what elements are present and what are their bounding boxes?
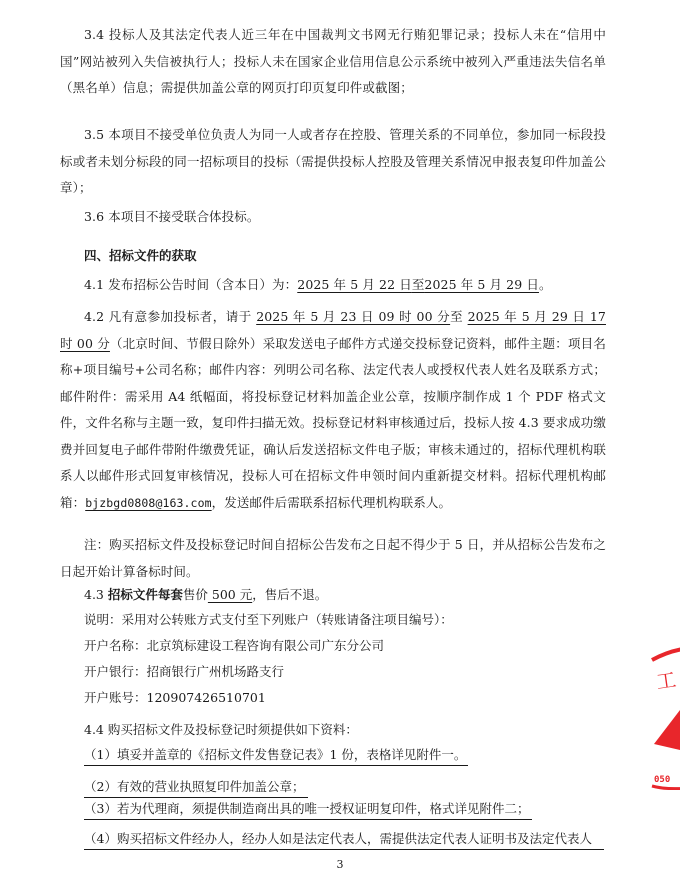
company-seal-stamp: 工 050	[650, 640, 680, 790]
announcement-end-date: 2025 年 5 月 29 日	[424, 277, 539, 292]
account-name-label: 开户名称：	[84, 638, 147, 653]
clause-4-2-prefix: 4.2 凡有意参加投标者，请于	[84, 309, 256, 324]
date-range-separator: 至	[412, 277, 425, 292]
clause-4-3-suffix: ，售后不退。	[252, 587, 327, 602]
clause-4-1-suffix: 。	[539, 277, 552, 292]
announcement-start-date: 2025 年 5 月 22 日	[297, 277, 412, 292]
price-label: 售价	[183, 587, 208, 602]
clause-4-2: 4.2 凡有意参加投标者，请于 2025 年 5 月 23 日 09 时 00 …	[60, 304, 606, 516]
section-4-heading: 四、招标文件的获取	[84, 246, 197, 264]
bank-row: 开户银行：招商银行广州机场路支行	[84, 663, 284, 681]
page-number: 3	[0, 858, 680, 871]
required-doc-1: （1）填妥并盖章的《招标文件发售登记表》1 份，表格详见附件一。	[84, 746, 468, 766]
purchase-note: 注：购买招标文件及投标登记时间自招标公告发布之日起不得少于 5 日，并从招标公告…	[60, 532, 606, 585]
bank-value: 招商银行广州机场路支行	[147, 664, 285, 679]
account-number-label: 开户账号：	[84, 690, 147, 705]
document-page: 3.4 投标人及其法定代表人近三年在中国裁判文书网无行贿犯罪记录；投标人未在“信…	[0, 0, 680, 873]
required-doc-2: （2）有效的营业执照复印件加盖公章；	[84, 778, 308, 798]
clause-4-3-prefix: 4.3	[84, 587, 108, 602]
clause-4-2-body: （北京时间、节假日除外）采取发送电子邮件方式递交投标登记资料，邮件主题：项目名称…	[60, 336, 606, 510]
clause-4-1: 4.1 发布招标公告时间（含本日）为：2025 年 5 月 22 日至2025 …	[60, 272, 606, 299]
clause-4-3-bold: 招标文件每套	[108, 587, 183, 602]
clause-3-6: 3.6 本项目不接受联合体投标。	[60, 204, 606, 231]
document-price: 500 元	[208, 587, 252, 602]
agency-email-link[interactable]: bjzbgd0808@163.com	[85, 496, 211, 510]
clause-4-4-intro: 4.4 购买招标文件及投标登记时须提供如下资料：	[84, 721, 358, 739]
required-doc-3: （3）若为代理商，须提供制造商出具的唯一授权证明复印件，格式详见附件二；	[84, 800, 532, 820]
svg-text:050: 050	[654, 775, 670, 785]
account-number-row: 开户账号：120907426510701	[84, 689, 266, 707]
clause-4-3: 4.3 招标文件每套售价 500 元，售后不退。	[84, 586, 327, 604]
clause-4-2-tail: ，发送邮件后需联系招标代理机构联系人。	[212, 495, 451, 510]
required-doc-4: （4）购买招标文件经办人，经办人如是法定代表人，需提供法定代表人证明书及法定代表…	[84, 830, 604, 850]
account-name-row: 开户名称：北京筑标建设工程咨询有限公司广东分公司	[84, 637, 384, 655]
bank-label: 开户银行：	[84, 664, 147, 679]
svg-text:工: 工	[655, 667, 678, 694]
clause-4-1-prefix: 4.1 发布招标公告时间（含本日）为：	[84, 277, 297, 292]
clause-3-5: 3.5 本项目不接受单位负责人为同一人或者存在控股、管理关系的不同单位，参加同一…	[60, 122, 606, 202]
seal-icon: 工 050	[650, 640, 680, 790]
time-range-separator: 至	[450, 309, 467, 324]
payment-note: 说明：采用对公转账方式支付至下列账户（转账请备注项目编号）：	[84, 611, 453, 629]
clause-3-4: 3.4 投标人及其法定代表人近三年在中国裁判文书网无行贿犯罪记录；投标人未在“信…	[60, 22, 606, 102]
registration-start-time: 2025 年 5 月 23 日 09 时 00 分	[256, 309, 450, 324]
account-number-value: 120907426510701	[147, 690, 266, 705]
account-name-value: 北京筑标建设工程咨询有限公司广东分公司	[147, 638, 385, 653]
